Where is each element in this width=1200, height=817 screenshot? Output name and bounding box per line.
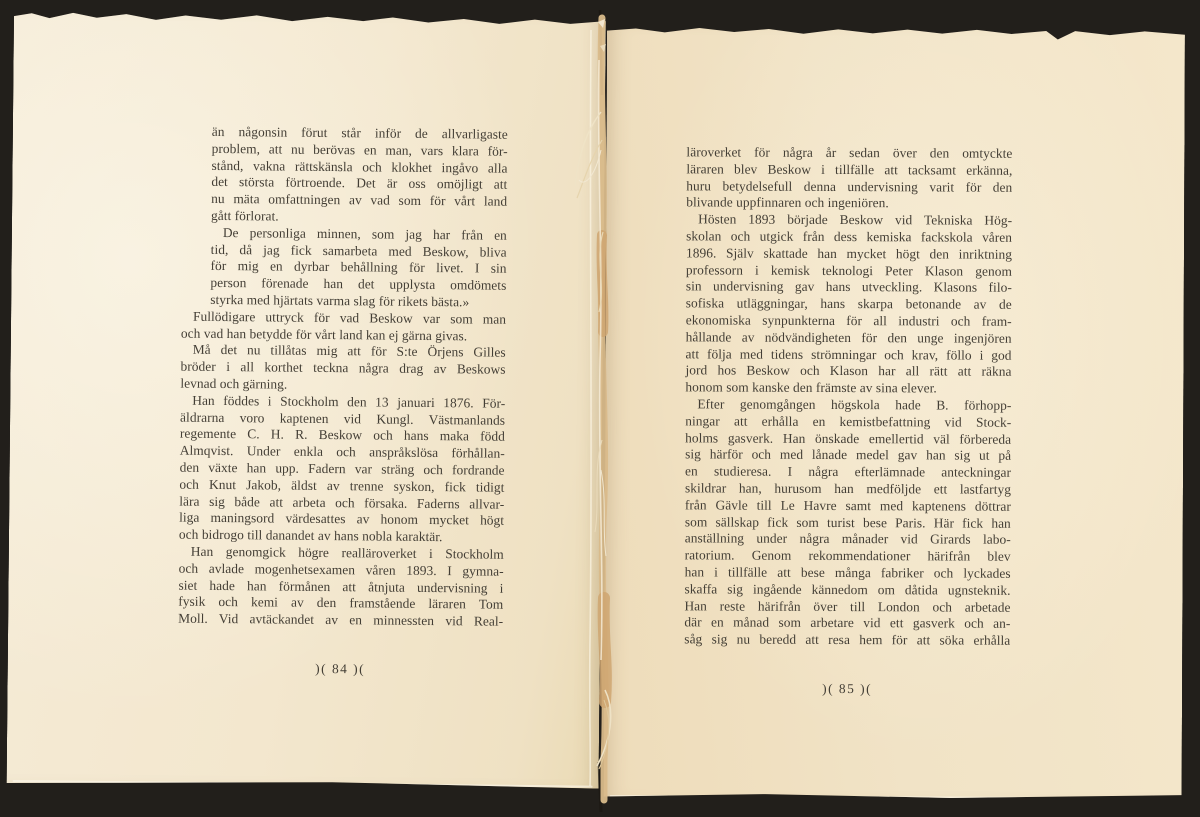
text-line: Han reste härifrån över till London och …: [684, 598, 1010, 616]
text-line: skaffa sig ingående kännedom om dåtida u…: [685, 581, 1011, 599]
text-line: Efter genomgången högskola hade B. förho…: [685, 396, 1011, 414]
paragraph: Han genomgick högre realläroverket i Sto…: [178, 544, 504, 631]
left-page: än någonsin förut står inför de allvarli…: [7, 10, 606, 789]
text-line: huru betydelsefull denna undervisning va…: [686, 178, 1012, 196]
paragraph: Må det nu tillåtas mig att för S:te Örje…: [180, 342, 505, 396]
text-line: ekonomiska synpunkterna för all industri…: [686, 312, 1012, 330]
left-page-text: än någonsin förut står inför de allvarli…: [178, 124, 508, 631]
right-page: läroverket för några år sedan över den o…: [604, 26, 1185, 801]
text-line: att följa med tidens strömningar och kra…: [686, 346, 1012, 364]
text-line: sig härför och med lånade medel gav han …: [685, 447, 1011, 465]
text-line: en studieresa. I några efterlämnade ante…: [685, 463, 1011, 481]
text-line: ningar att erhålla en kemistbefattning v…: [685, 413, 1011, 431]
text-line: Moll. Vid avtäckandet av en minnessten v…: [178, 611, 503, 631]
text-line: honom som kanske den främste av sina ele…: [685, 380, 1011, 398]
paragraph: läroverket för några år sedan över den o…: [686, 144, 1012, 213]
text-line: skolan och utgick från dess kemiska fack…: [686, 228, 1012, 246]
text-line: professorn i kemisk teknologi Peter Klas…: [686, 262, 1012, 280]
paragraph: än någonsin förut står inför de allvarli…: [211, 124, 508, 228]
text-line: där en månad som arbetare vid ett gasver…: [684, 615, 1010, 633]
page-number-right: )( 85 )(: [684, 680, 1010, 697]
text-line: anställning under några månader vid Gira…: [685, 531, 1011, 549]
paragraph: Hösten 1893 började Beskow vid Tekniska …: [685, 212, 1012, 398]
text-line: blivande uppfinnaren och ingeniören.: [686, 195, 1012, 213]
text-line: holms gasverk. Han önskade emellertid vä…: [685, 430, 1011, 448]
text-line: som sällskap fick som turist bese Paris.…: [685, 514, 1011, 532]
text-line: han i tillfälle att bese många fabriker …: [685, 564, 1011, 582]
right-page-text: läroverket för några år sedan över den o…: [684, 144, 1012, 649]
paragraph: Han föddes i Stockholm den 13 januari 18…: [179, 392, 505, 546]
paragraph: De personliga minnen, som jag har från e…: [210, 225, 507, 312]
text-line: ratorium. Genom rekommendationer härifrå…: [685, 547, 1011, 565]
text-line: sofiska utläggningar, hans skarpa betona…: [686, 296, 1012, 314]
text-line: skildrar han, hurusom han medföljde ett …: [685, 480, 1011, 498]
text-line: hållande av nödvändigheten för den unge …: [686, 329, 1012, 347]
text-line: från Gävle till Le Havre samt med kapten…: [685, 497, 1011, 515]
page-number-left: )( 84 )(: [178, 660, 503, 679]
text-line: jord hos Beskow och Klason har all rätt …: [685, 363, 1011, 381]
text-line: sin undervisning gav hans utveckling. Kl…: [686, 279, 1012, 297]
text-line: såg sig nu beredd att resa hem för att s…: [684, 631, 1010, 649]
left-page-edge-highlight: [12, 780, 592, 788]
right-page-edge-highlight: [609, 795, 1175, 799]
paragraph: Efter genomgången högskola hade B. förho…: [684, 396, 1011, 649]
text-line: läraren blev Beskow i tillfälle att tack…: [686, 161, 1012, 179]
text-line: 1896. Själv skattade han mycket högt den…: [686, 245, 1012, 263]
paragraph: Fullödigare uttryck för vad Beskow var s…: [181, 308, 506, 345]
text-line: Hösten 1893 började Beskow vid Tekniska …: [686, 212, 1012, 230]
text-line: läroverket för några år sedan över den o…: [686, 144, 1012, 162]
